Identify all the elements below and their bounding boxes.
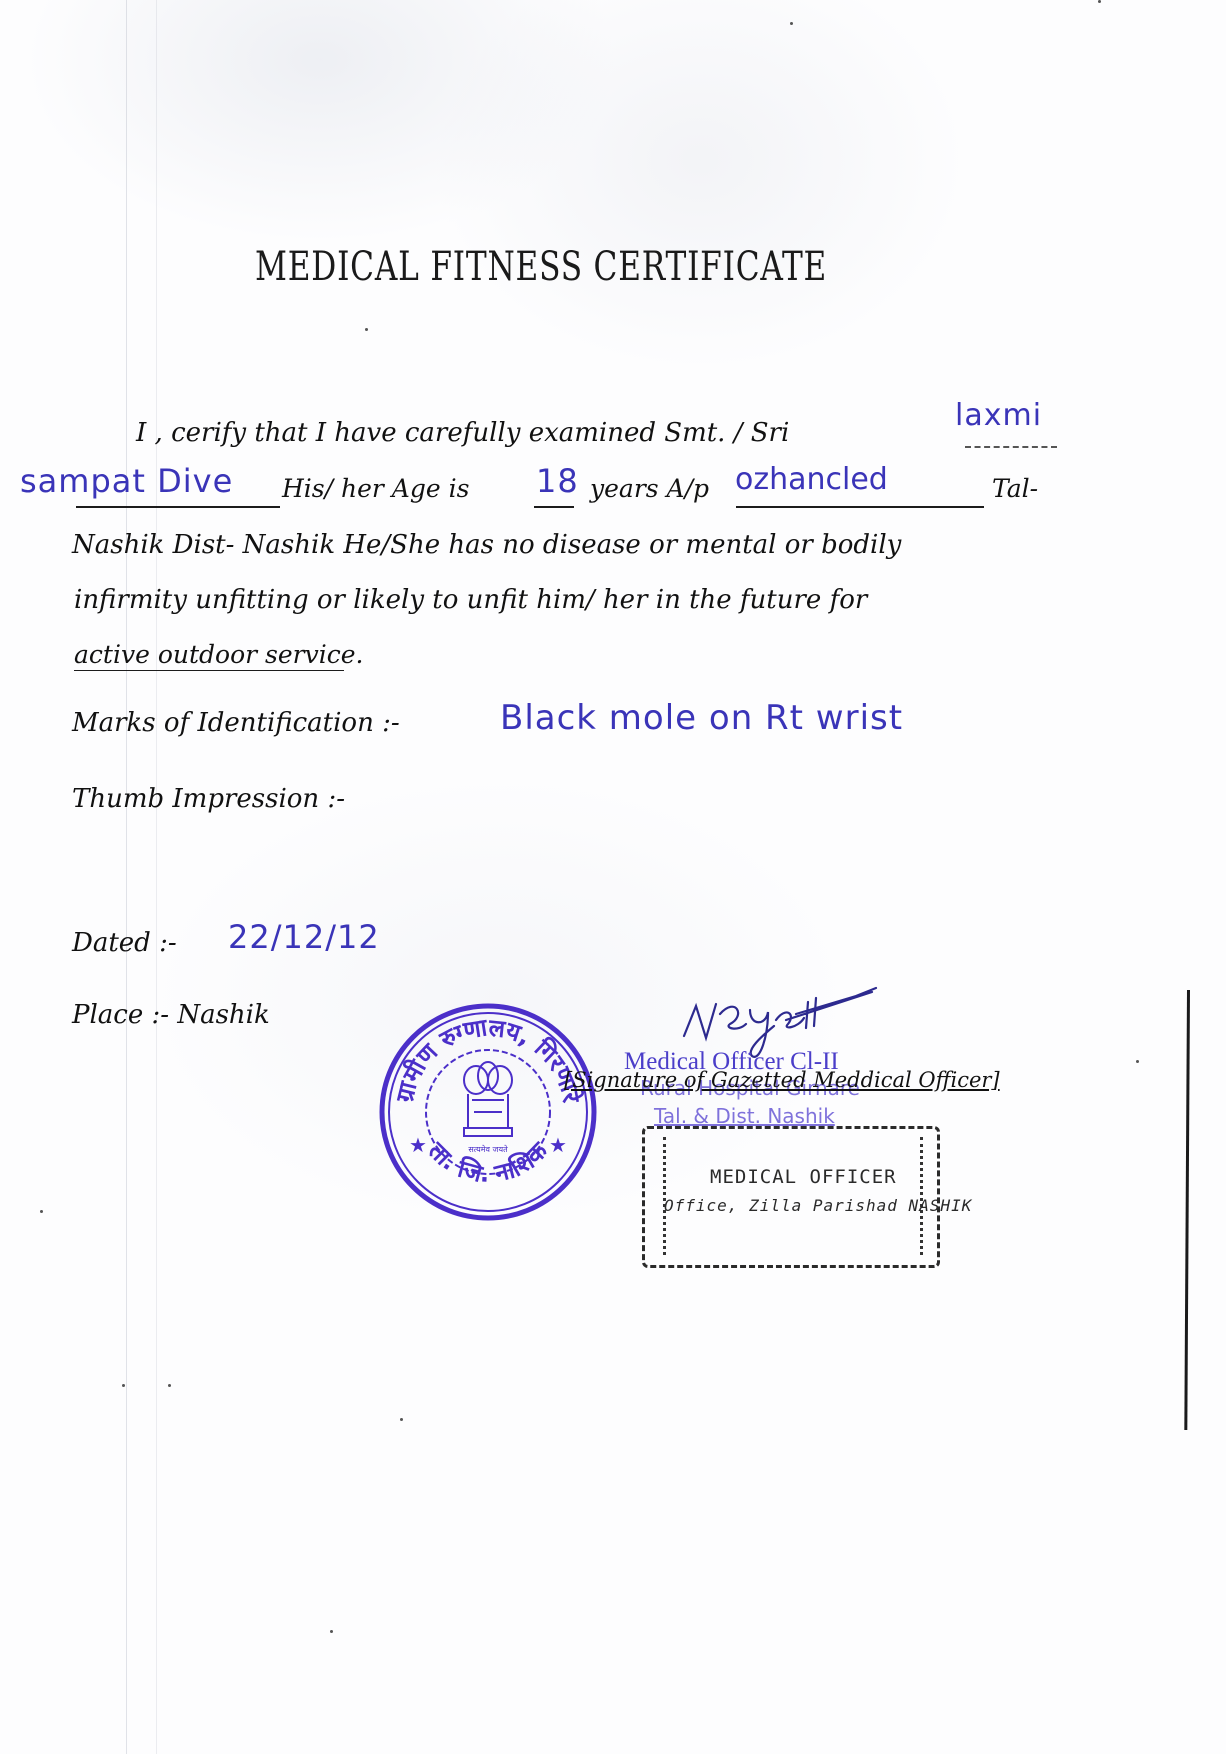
years-ap-label: years A/p: [590, 474, 709, 503]
fitness-statement-line: infirmity unfitting or likely to unfit h…: [74, 585, 867, 615]
patient-surname: sampat Dive: [20, 462, 233, 500]
dated-value: 22/12/12: [228, 918, 380, 956]
ashoka-emblem-icon: [464, 1062, 512, 1136]
scan-speck: [400, 1418, 403, 1421]
seal-bottom-text: ता. जि. नाशिक: [422, 1136, 554, 1189]
age-underline: [534, 506, 574, 508]
place-label: Place :- Nashik: [72, 1000, 270, 1030]
scan-speck: [122, 1384, 125, 1387]
name-underline: [965, 446, 1057, 448]
marks-value: Black mole on Rt wrist: [500, 698, 903, 738]
office-stamp-title: MEDICAL OFFICER: [710, 1166, 897, 1188]
scan-speck: [1136, 1060, 1139, 1063]
tal-label: Tal-: [992, 474, 1038, 503]
certify-statement: I , cerify that I have carefully examine…: [136, 418, 789, 448]
scan-fold-line: [126, 0, 127, 1754]
office-stamp-subtitle: Office, Zilla Parishad NASHIK: [664, 1196, 972, 1215]
seal-motto: सत्यमेव जयते: [468, 1144, 508, 1154]
scan-speck: [790, 22, 793, 25]
certificate-title: MEDICAL FITNESS CERTIFICATE: [255, 244, 879, 290]
fitness-statement-line: Nashik Dist- Nashik He/She has no diseas…: [72, 530, 901, 560]
scan-fold-line: [156, 0, 157, 1754]
marks-label: Marks of Identification :-: [72, 708, 400, 738]
scan-speck: [365, 328, 368, 331]
scan-speck: [168, 1384, 171, 1387]
scan-speck: [330, 1630, 333, 1633]
dated-label: Dated :-: [72, 928, 177, 958]
scan-speck: [40, 1210, 43, 1213]
name-underline: [76, 506, 280, 508]
seal-top-text: ग्रामीण रुग्णालय, गिरणारे: [390, 1013, 585, 1106]
patient-first-name: laxmi: [955, 398, 1042, 433]
scan-speck: [1098, 0, 1101, 3]
star-icon: ★: [409, 1133, 427, 1157]
statement-underline: [74, 670, 344, 671]
svg-text:ग्रामीण रुग्णालय, गिरणारे: ग्रामीण रुग्णालय, गिरणारे: [390, 1013, 585, 1106]
signature-caption: [Signature of Gazetted Meddical Officer]: [564, 1068, 1000, 1092]
svg-text:ता. जि. नाशिक: ता. जि. नाशिक: [422, 1136, 554, 1189]
star-icon: ★: [549, 1133, 567, 1157]
officer-stamp-location: Tal. & Dist. Nashik: [654, 1104, 835, 1128]
age-label: His/ her Age is: [282, 474, 469, 503]
thumb-impression-label: Thumb Impression :-: [72, 784, 345, 814]
hospital-seal: ग्रामीण रुग्णालय, गिरणारे ता. जि. नाशिक …: [376, 1000, 600, 1224]
age-value: 18: [536, 462, 579, 500]
village-value: ozhancled: [735, 462, 888, 497]
fitness-statement-line: active outdoor service.: [74, 640, 363, 669]
scan-edge-line: [1184, 990, 1190, 1430]
village-underline: [736, 506, 984, 508]
